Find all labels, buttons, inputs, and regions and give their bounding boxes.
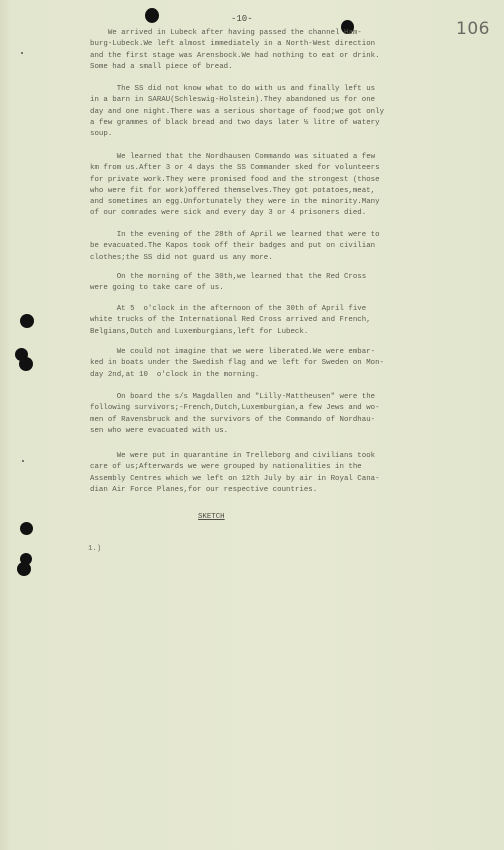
paragraph: We could not imagine that we were libera… (90, 347, 430, 381)
section-heading: SKETCH (198, 513, 225, 521)
paragraph: The SS did not know what to do with us a… (90, 84, 430, 140)
paragraph: On the morning of the 30th,we learned th… (90, 272, 430, 295)
paragraph: We were put in quarantine in Trelleborg … (90, 451, 430, 496)
document-page: -10- 106 We arrived in Lubeck after havi… (0, 0, 504, 850)
punch-hole (145, 8, 159, 23)
punch-hole (17, 562, 31, 576)
list-item: 1.) (88, 545, 101, 553)
paragraph: On board the s/s Magdallen and "Lilly-Ma… (90, 392, 430, 437)
folio-number: 106 (456, 19, 490, 39)
punch-hole (20, 314, 34, 328)
punch-hole (19, 357, 33, 371)
paragraph: We learned that the Nordhausen Commando … (90, 152, 430, 220)
paragraph: In the evening of the 28th of April we l… (90, 230, 430, 264)
speck (22, 460, 24, 462)
paragraph: At 5 o'clock in the afternoon of the 30t… (90, 304, 430, 338)
paragraph: We arrived in Lubeck after having passed… (90, 28, 430, 73)
speck (21, 52, 23, 54)
page-number: -10- (231, 14, 253, 24)
punch-hole (20, 522, 33, 535)
